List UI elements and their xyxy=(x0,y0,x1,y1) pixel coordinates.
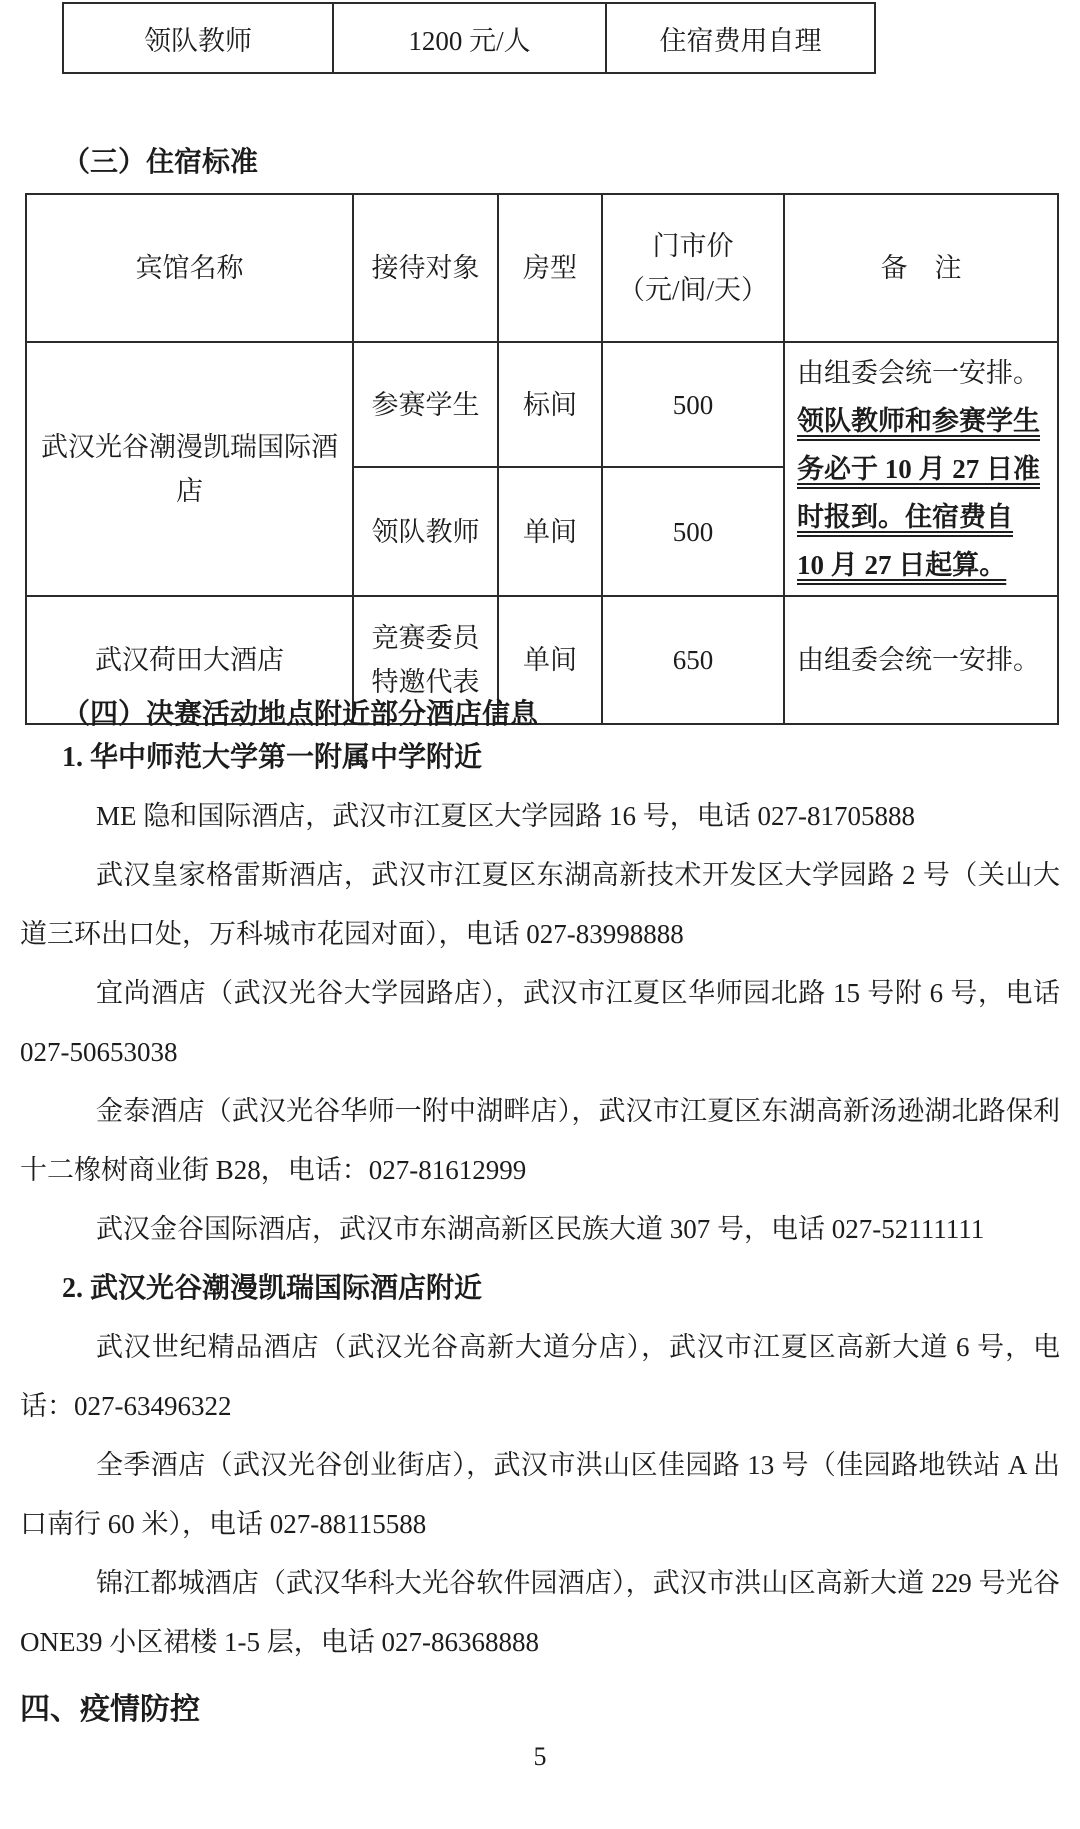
header-hotel: 宾馆名称 xyxy=(26,194,353,342)
header-remark: 备 注 xyxy=(784,194,1058,342)
price-cell: 650 xyxy=(602,596,784,724)
header-price: 门市价 （元/间/天） xyxy=(602,194,784,342)
remark-plain-text: 由组委会统一安排。 xyxy=(797,358,1040,388)
hotel-entry: 武汉皇家格雷斯酒店，武汉市江夏区东湖高新技术开发区大学园路 2 号（关山大道三环… xyxy=(20,846,1060,964)
price-cell: 500 xyxy=(602,342,784,467)
page-number: 5 xyxy=(0,1742,1080,1772)
fee-note-cell: 住宿费用自理 xyxy=(606,3,875,73)
hotel-listings: 1. 华中师范大学第一附属中学附近 ME 隐和国际酒店，武汉市江夏区大学园路 1… xyxy=(20,728,1060,1739)
price-cell: 500 xyxy=(602,467,784,596)
guest-cell: 参赛学生 xyxy=(353,342,498,467)
remark-cell: 由组委会统一安排。领队教师和参赛学生务必于 10 月 27 日准时报到。住宿费自… xyxy=(784,342,1058,596)
group1-title: 1. 华中师范大学第一附属中学附近 xyxy=(20,728,1060,787)
section3-heading: （三）住宿标准 xyxy=(62,140,258,180)
header-room: 房型 xyxy=(498,194,602,342)
header-guest: 接待对象 xyxy=(353,194,498,342)
fee-guest-cell: 领队教师 xyxy=(63,3,333,73)
fee-amount-cell: 1200 元/人 xyxy=(333,3,606,73)
table-row: 武汉光谷潮漫凯瑞国际酒店 参赛学生 标间 500 由组委会统一安排。领队教师和参… xyxy=(26,342,1058,467)
header-price-line2: （元/间/天） xyxy=(609,268,777,312)
hotel-name-cell: 武汉光谷潮漫凯瑞国际酒店 xyxy=(26,342,353,596)
table-header-row: 宾馆名称 接待对象 房型 门市价 （元/间/天） 备 注 xyxy=(26,194,1058,342)
hotel-entry: 全季酒店（武汉光谷创业街店），武汉市洪山区佳园路 13 号（佳园路地铁站 A 出… xyxy=(20,1436,1060,1554)
hotel-entry: ME 隐和国际酒店，武汉市江夏区大学园路 16 号，电话 027-8170588… xyxy=(20,787,1060,846)
hotel-entry: 武汉世纪精品酒店（武汉光谷高新大道分店），武汉市江夏区高新大道 6 号，电话：0… xyxy=(20,1318,1060,1436)
guest-cell: 领队教师 xyxy=(353,467,498,596)
header-price-line1: 门市价 xyxy=(609,224,777,268)
room-cell: 标间 xyxy=(498,342,602,467)
hotel-entry: 宜尚酒店（武汉光谷大学园路店），武汉市江夏区华师园北路 15 号附 6 号，电话… xyxy=(20,964,1060,1082)
section4-heading: （四）决赛活动地点附近部分酒店信息 xyxy=(62,692,538,732)
section5-heading: 四、疫情防控 xyxy=(20,1680,1060,1739)
document-page: 领队教师 1200 元/人 住宿费用自理 （三）住宿标准 宾馆名称 接待对象 房… xyxy=(0,0,1080,1829)
hotel-entry: 金泰酒店（武汉光谷华师一附中湖畔店），武汉市江夏区东湖高新汤逊湖北路保利十二橡树… xyxy=(20,1082,1060,1200)
hotel-entry: 武汉金谷国际酒店，武汉市东湖高新区民族大道 307 号，电话 027-52111… xyxy=(20,1200,1060,1259)
leader-fee-table: 领队教师 1200 元/人 住宿费用自理 xyxy=(62,2,876,74)
accommodation-table: 宾馆名称 接待对象 房型 门市价 （元/间/天） 备 注 武汉光谷潮漫凯瑞国际酒… xyxy=(25,193,1059,725)
room-cell: 单间 xyxy=(498,467,602,596)
remark-cell: 由组委会统一安排。 xyxy=(784,596,1058,724)
hotel-entry: 锦江都城酒店（武汉华科大光谷软件园酒店），武汉市洪山区高新大道 229 号光谷 … xyxy=(20,1554,1060,1672)
table-row: 领队教师 1200 元/人 住宿费用自理 xyxy=(63,3,875,73)
remark-emphasized-text: 领队教师和参赛学生务必于 10 月 27 日准时报到。住宿费自 10 月 27 … xyxy=(797,406,1040,580)
group2-title: 2. 武汉光谷潮漫凯瑞国际酒店附近 xyxy=(20,1259,1060,1318)
